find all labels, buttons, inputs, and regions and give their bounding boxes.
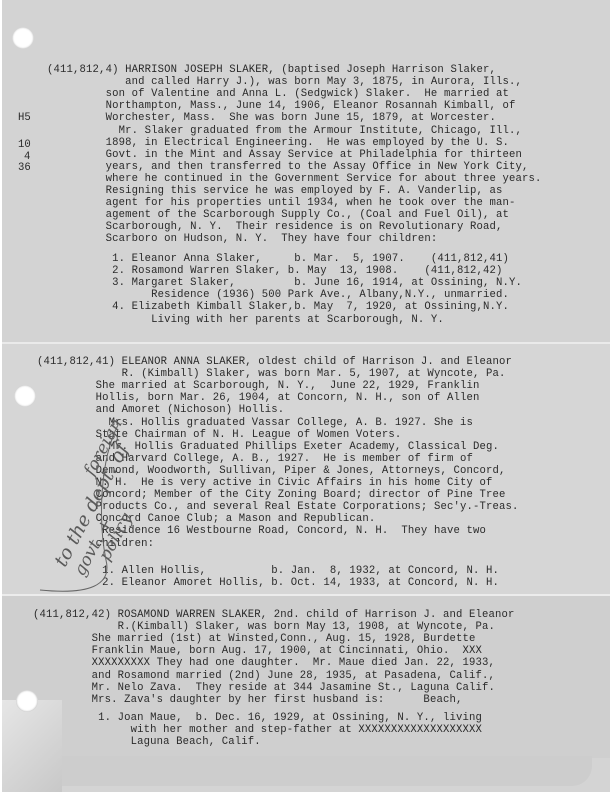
handwritten-bracket [0, 0, 612, 792]
